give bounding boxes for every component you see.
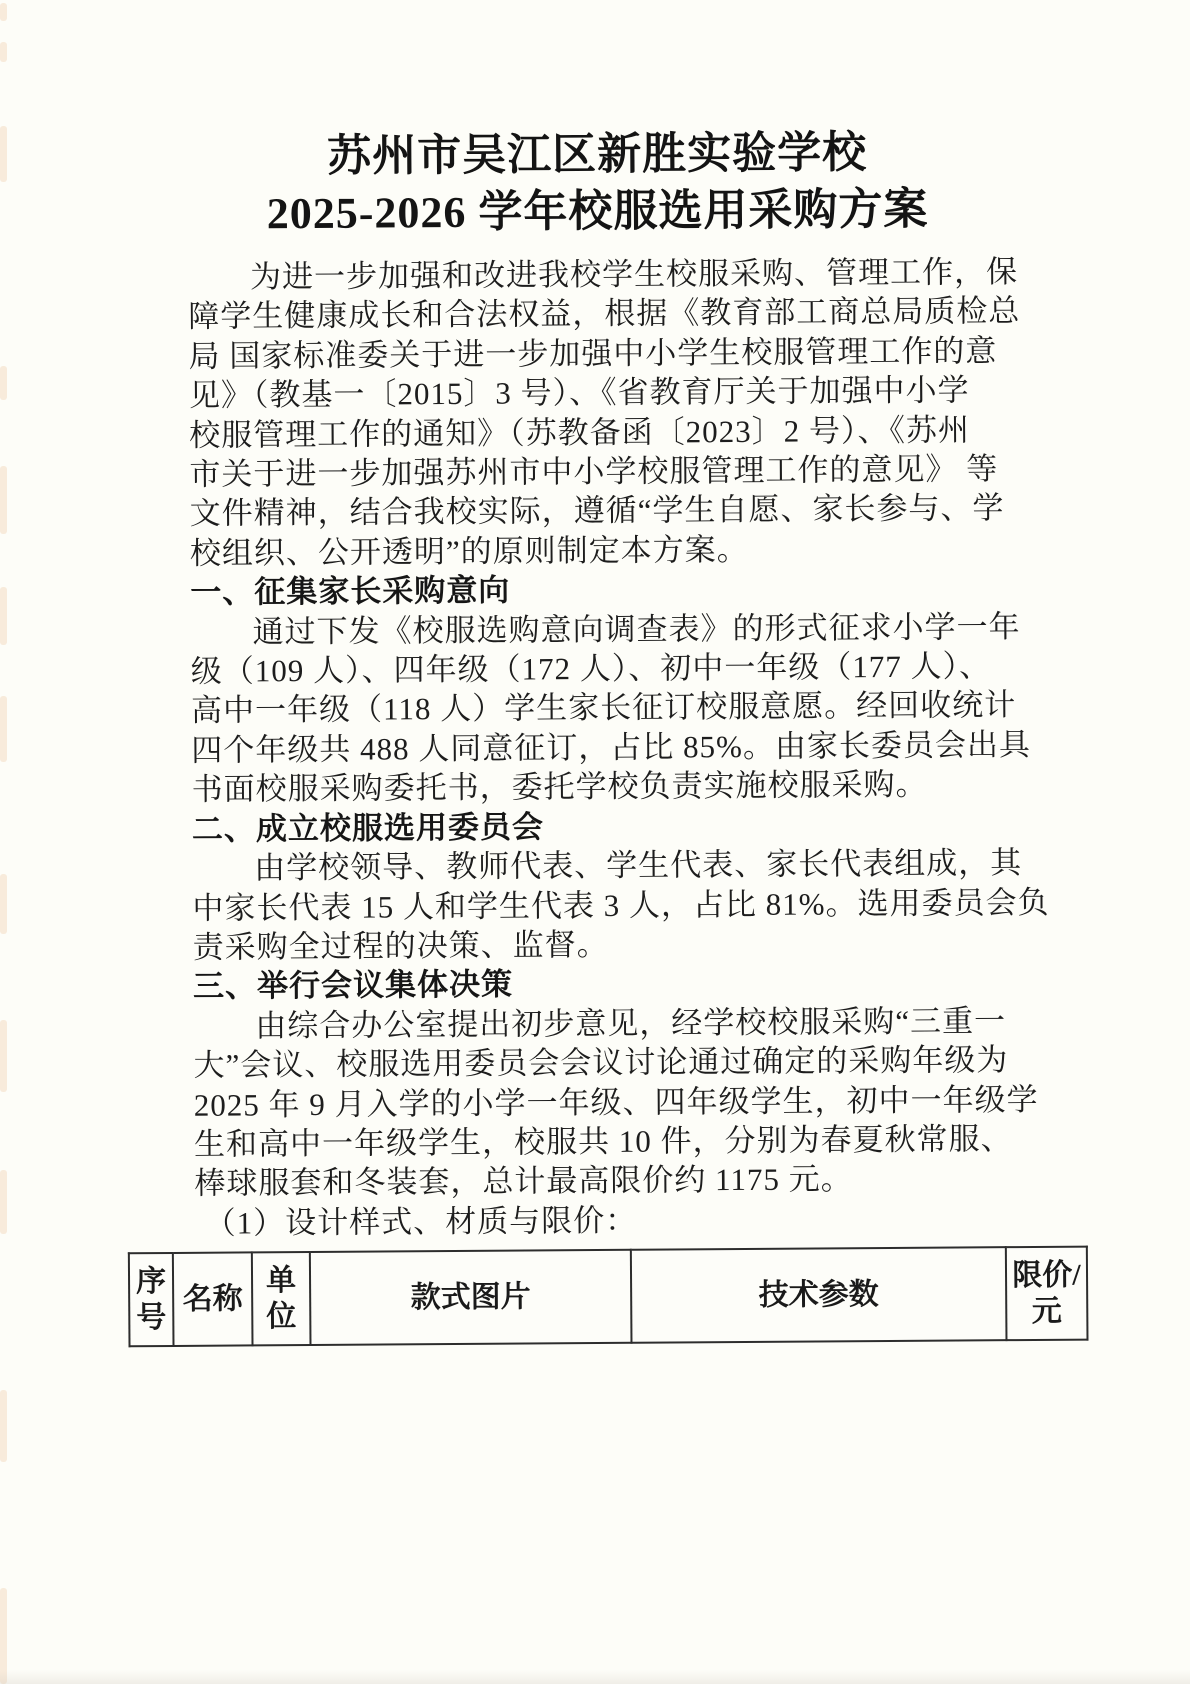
col-serial-number: 序号 xyxy=(129,1253,174,1346)
scan-artifact xyxy=(0,366,7,400)
scan-artifact xyxy=(0,696,7,762)
scan-artifact xyxy=(0,126,7,182)
doc-text-line: 四个年级共 488 人同意征订，占比 85%。由家长委员会出具 xyxy=(191,725,1011,770)
doc-text-line: 障学生健康成长和合法权益，根据《教育部工商总局质检总 xyxy=(188,292,1008,337)
doc-text-line: 由学校领导、教师代表、学生代表、家长代表组成，其 xyxy=(192,843,1012,888)
document-body: 苏州市吴江区新胜实验学校2025-2026 学年校服选用采购方案为进一步加强和改… xyxy=(187,123,1015,1243)
doc-text-line: 市关于进一步加强苏州市中小学校服管理工作的意见》 等 xyxy=(189,449,1009,494)
scan-artifact xyxy=(0,3,7,21)
doc-text-line: 中家长代表 15 人和学生代表 3 人，占比 81%。选用委员会负 xyxy=(192,883,1012,928)
section-heading: 二、成立校服选用委员会 xyxy=(192,804,1012,849)
doc-text-line: 棒球服套和冬装套，总计最高限价约 1175 元。 xyxy=(194,1158,1014,1203)
scan-artifact xyxy=(0,42,7,62)
doc-text-line: 责采购全过程的决策、监督。 xyxy=(193,922,1013,967)
section-heading: 三、举行会议集体决策 xyxy=(193,961,1013,1006)
doc-text-line: 级（109 人）、四年级（172 人）、初中一年级（177 人）、 xyxy=(191,646,1011,691)
col-name: 名称 xyxy=(173,1252,253,1346)
doc-title-line: 2025-2026 学年校服选用采购方案 xyxy=(187,180,1007,243)
doc-text-line: 书面校服采购委托书，委托学校负责实施校服采购。 xyxy=(191,764,1011,809)
doc-text-line: 大”会议、校服选用委员会会议讨论通过确定的采购年级为 xyxy=(193,1040,1013,1085)
doc-text-line: 为进一步加强和改进我校学生校服采购、管理工作，保 xyxy=(188,252,1008,297)
doc-text-line: 2025 年 9 月入学的小学一年级、四年级学生，初中一年级学 xyxy=(194,1080,1014,1125)
doc-text-line: 校组织、公开透明”的原则制定本方案。 xyxy=(190,528,1010,573)
doc-text-line: 通过下发《校服选购意向调查表》的形式征求小学一年 xyxy=(190,607,1010,652)
doc-text-line: 由综合办公室提出初步意见，经学校校服采购“三重一 xyxy=(193,1001,1013,1046)
sub-heading: （1）设计样式、材质与限价： xyxy=(195,1198,1015,1243)
doc-text-line: 生和高中一年级学生，校服共 10 件，分别为春夏秋常服、 xyxy=(194,1119,1014,1164)
scan-artifact xyxy=(0,587,7,645)
scanned-document-page: 苏州市吴江区新胜实验学校2025-2026 学年校服选用采购方案为进一步加强和改… xyxy=(0,0,1190,1684)
table-header-row: 序号 名称 单位 款式图片 技术参数 限价/元 xyxy=(129,1247,1088,1347)
doc-text-line: 校服管理工作的通知》（苏教备函〔2023〕2 号）、《苏州 xyxy=(189,410,1009,455)
uniform-spec-table: 序号 名称 单位 款式图片 技术参数 限价/元 xyxy=(128,1246,1089,1348)
scan-artifact xyxy=(0,1170,7,1234)
doc-text-line: 见》（教基一〔2015〕3 号）、《省教育厅关于加强中小学 xyxy=(189,370,1009,415)
scan-artifact xyxy=(0,1390,7,1462)
doc-text-line: 局 国家标准委关于进一步加强中小学生校服管理工作的意 xyxy=(188,331,1008,376)
scan-artifact xyxy=(0,874,7,934)
section-heading: 一、征集家长采购意向 xyxy=(190,567,1010,612)
col-tech-params: 技术参数 xyxy=(631,1247,1007,1343)
doc-title-line: 苏州市吴江区新胜实验学校 xyxy=(187,123,1007,186)
col-unit: 单位 xyxy=(252,1252,311,1345)
scan-artifact xyxy=(0,1020,7,1092)
scan-noise xyxy=(0,1670,1190,1684)
col-price-limit: 限价/元 xyxy=(1006,1247,1088,1341)
doc-text-line: 文件精神，结合我校实际，遵循“学生自愿、家长参与、学 xyxy=(190,489,1010,534)
doc-text-line: 高中一年级（118 人）学生家长征订校服意愿。经回收统计 xyxy=(191,686,1011,731)
scan-artifact xyxy=(0,466,7,534)
col-style-image: 款式图片 xyxy=(310,1250,632,1345)
